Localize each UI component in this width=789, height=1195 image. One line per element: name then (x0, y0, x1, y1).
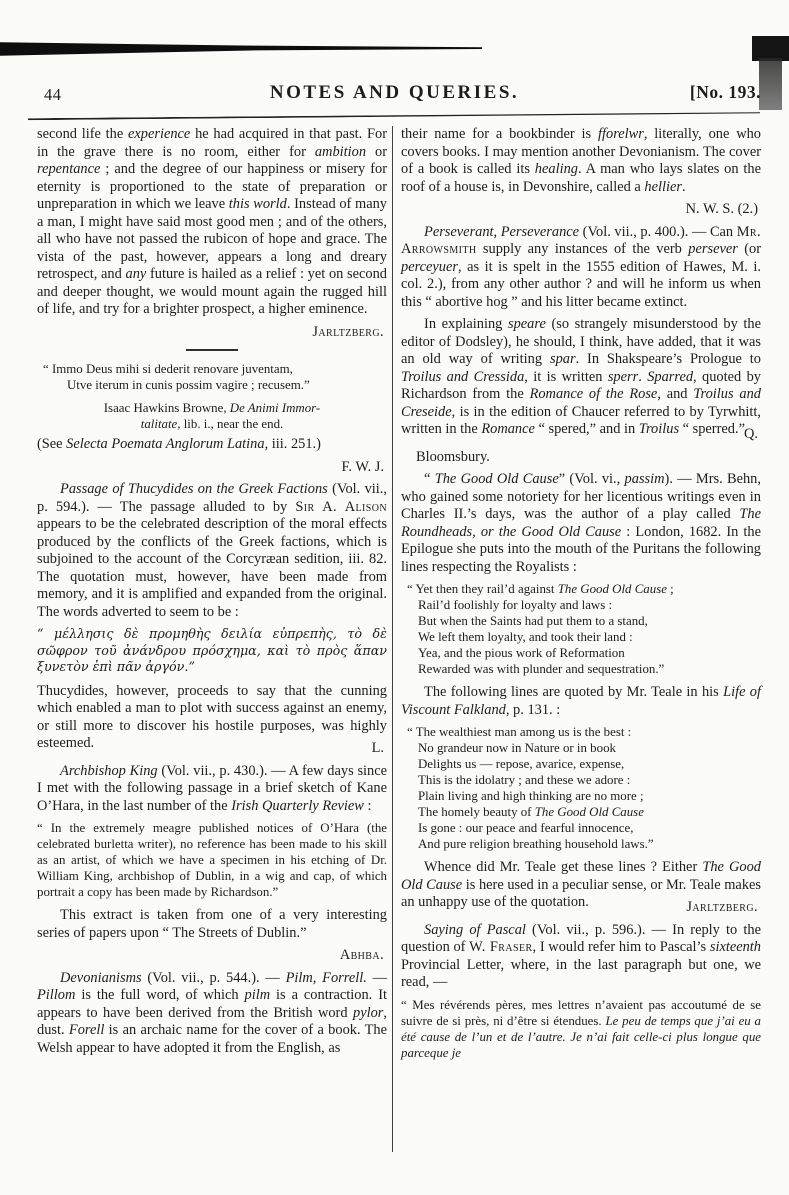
falkland-verse: “ The wealthiest man among us is the bes… (401, 724, 761, 852)
section-divider (186, 349, 238, 351)
royalist-verse: “ Yet then they rail’d against The Good … (401, 581, 761, 677)
signature-abhba: Abhba. (37, 947, 384, 965)
section-thucydides: Passage of Thucydides on the Greek Facti… (37, 481, 387, 621)
speare-paragraph: In explaining speare (so strangely misun… (401, 316, 761, 439)
header-rule (28, 112, 760, 120)
greek-quote: “ μέλλησις δὲ προμηθὴς δειλία εὐπρεπὴς, … (37, 626, 387, 676)
latin-attribution: Isaac Hawkins Browne, De Animi Immor-tal… (37, 400, 387, 432)
teale-intro: The following lines are quoted by Mr. Te… (401, 684, 761, 719)
signature-fwj: F. W. J. (37, 459, 384, 477)
extract-note: This extract is taken from one of a very… (37, 907, 387, 942)
see-reference: (See Selecta Poemata Anglorum Latina, ii… (37, 436, 387, 454)
location-bloomsbury: Bloomsbury. (401, 449, 761, 467)
scan-artifact-top-left (0, 41, 482, 56)
section-devonianisms: Devonianisms (Vol. vii., p. 544.). — Pil… (37, 970, 387, 1058)
paragraph-continuation: second life the experience he had acquir… (37, 126, 387, 319)
latin-verse: “ Immo Deus mihi si dederit renovare juv… (37, 361, 387, 393)
right-column: their name for a bookbinder is fforelwr,… (401, 126, 761, 1152)
journal-title: NOTES AND QUERIES. (0, 82, 789, 104)
pascal-quote: “ Mes révérends pères, mes lettres n’ava… (401, 997, 761, 1061)
text-columns: second life the experience he had acquir… (37, 126, 761, 1152)
signature-nws: N. W. S. (2.) (401, 201, 758, 219)
column-divider-rule (392, 126, 393, 1152)
devonianisms-continuation: their name for a bookbinder is fforelwr,… (401, 126, 761, 196)
ohara-quote: “ In the extremely meagre published noti… (37, 820, 387, 900)
document-page: 44 NOTES AND QUERIES. [No. 193. second l… (0, 0, 789, 1195)
section-good-old-cause: “ The Good Old Cause” (Vol. vi., passim)… (401, 471, 761, 576)
section-archbishop-king: Archbishop King (Vol. vii., p. 430.). — … (37, 763, 387, 816)
left-column: second life the experience he had acquir… (37, 126, 387, 1152)
signature-jarltzberg: Jarltzberg. (37, 324, 384, 342)
issue-number: [No. 193. (690, 82, 761, 103)
section-perseverant: Perseverant, Perseverance (Vol. vii., p.… (401, 224, 761, 312)
section-saying-of-pascal: Saying of Pascal (Vol. vii., p. 596.). —… (401, 922, 761, 992)
